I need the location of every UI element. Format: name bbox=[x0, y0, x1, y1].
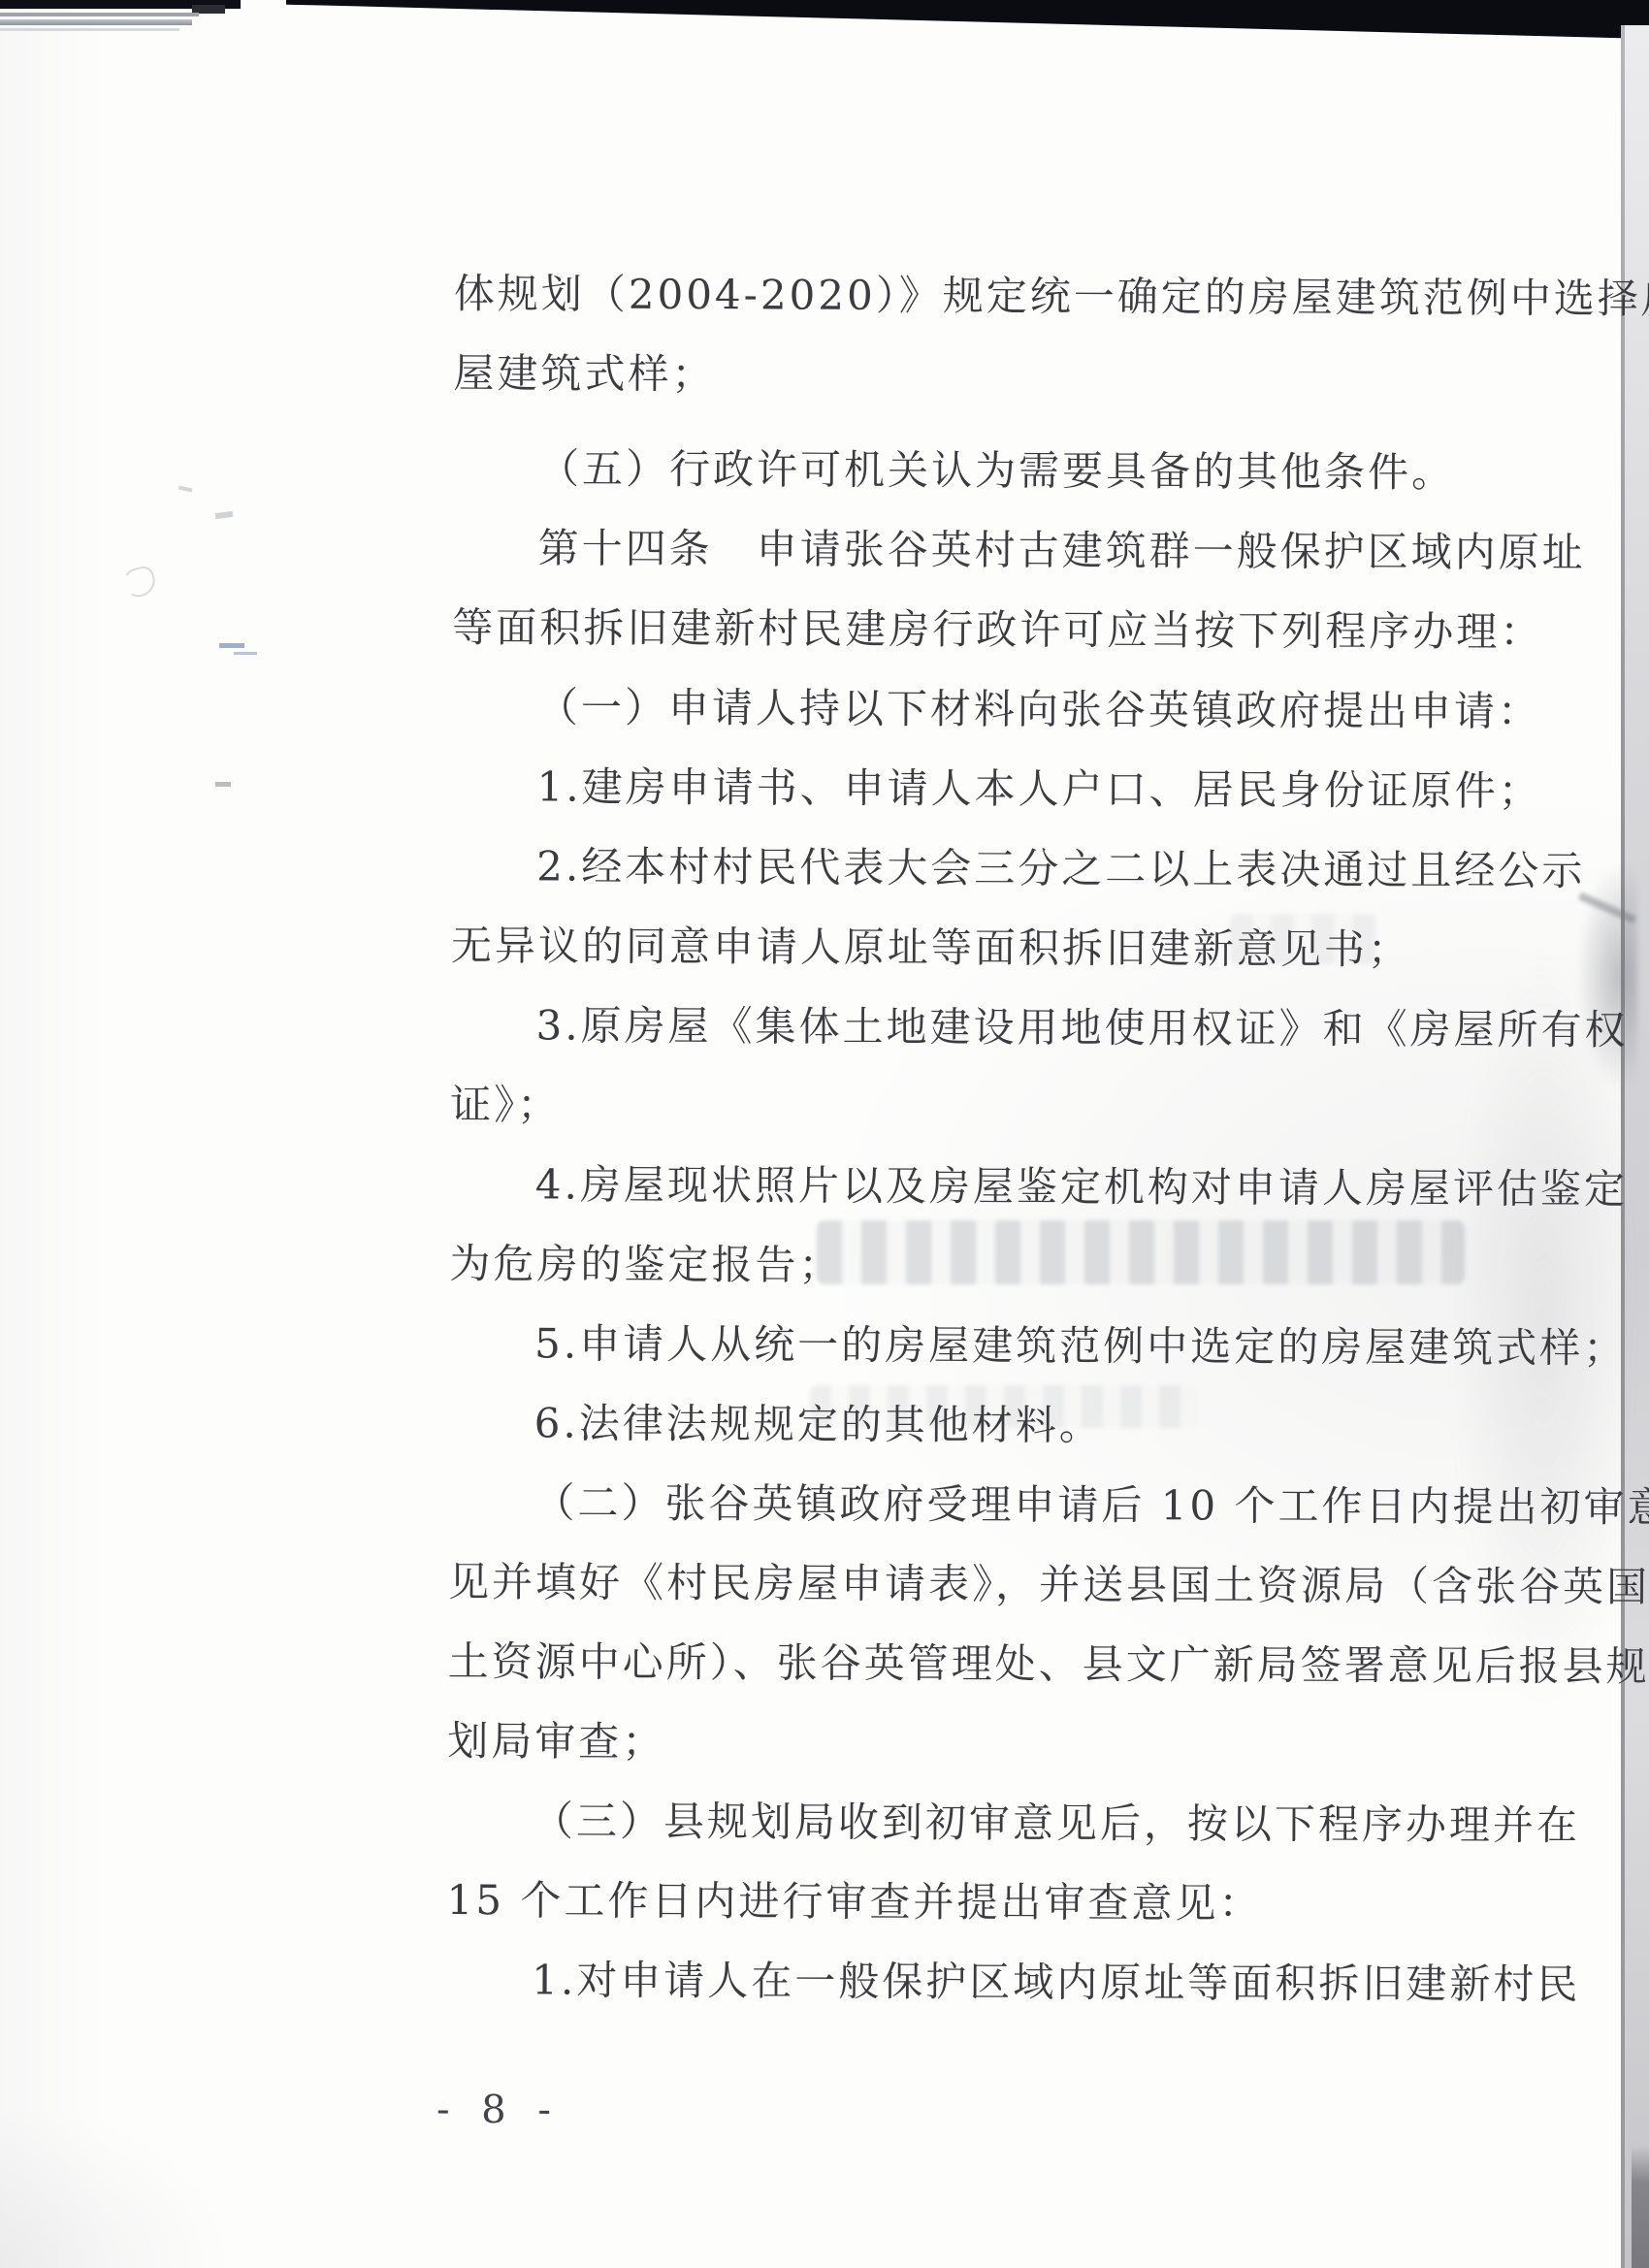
text-line: 屋建筑式样； bbox=[453, 334, 1632, 418]
margin-speck bbox=[215, 511, 234, 519]
text-line: 3.原房屋《集体土地建设用地使用权证》和《房屋所有权 bbox=[450, 986, 1629, 1070]
scan-top-edge-artifact bbox=[286, 0, 1649, 39]
text-line: 证》； bbox=[450, 1065, 1629, 1150]
scan-top-streak-artifact bbox=[0, 28, 179, 31]
text-line: 体规划（2004-2020）》规定统一确定的房屋建筑范例中选择房 bbox=[454, 254, 1633, 339]
text-line: 无异议的同意申请人原址等面积拆旧建新意见书； bbox=[451, 906, 1630, 990]
scan-top-streak-artifact bbox=[0, 19, 192, 25]
text-line: 5.申请人从统一的房屋建筑范例中选定的房屋建筑式样； bbox=[449, 1304, 1628, 1388]
text-line: 划局审查； bbox=[447, 1701, 1626, 1786]
text-line: 等面积拆旧建新村民建房行政许可应当按下列程序办理： bbox=[452, 588, 1631, 672]
text-line: 土资源中心所）、张谷英管理处、县文广新局签署意见后报县规 bbox=[447, 1622, 1626, 1706]
text-line: 为危房的鉴定报告； bbox=[449, 1224, 1628, 1309]
text-line: （五）行政许可机关认为需要具备的其他条件。 bbox=[453, 429, 1632, 513]
text-line: （一）申请人持以下材料向张谷英镇政府提出申请： bbox=[452, 667, 1631, 752]
text-line: （二）张谷英镇政府受理申请后 10 个工作日内提出初审意 bbox=[448, 1463, 1627, 1547]
margin-speck bbox=[178, 486, 193, 493]
text-line: 15 个工作日内进行审查并提出审查意见： bbox=[446, 1861, 1625, 1945]
text-line: 1.建房申请书、申请人本人户口、居民身份证原件； bbox=[451, 747, 1630, 831]
margin-speck bbox=[215, 782, 231, 787]
text-line: （三）县规划局收到初审意见后，按以下程序办理并在 bbox=[447, 1781, 1626, 1865]
text-line: 1.对申请人在一般保护区域内原址等面积拆旧建新村民 bbox=[446, 1940, 1625, 2025]
margin-speck bbox=[121, 564, 159, 599]
scanned-document-page: 体规划（2004-2020）》规定统一确定的房屋建筑范例中选择房 屋建筑式样； … bbox=[0, 0, 1649, 2268]
text-line: 2.经本村村民代表大会三分之二以上表决通过且经公示 bbox=[451, 826, 1630, 911]
document-body-text: 体规划（2004-2020）》规定统一确定的房屋建筑范例中选择房 屋建筑式样； … bbox=[446, 254, 1633, 2025]
margin-speck bbox=[219, 643, 244, 648]
scan-top-streak-artifact bbox=[0, 13, 199, 16]
text-line: 第十四条 申请张谷英村古建筑群一般保护区域内原址 bbox=[452, 508, 1631, 593]
page-corner-shadow bbox=[1632, 2146, 1649, 2268]
text-line: 4.房屋现状照片以及房屋鉴定机构对申请人房屋评估鉴定 bbox=[450, 1145, 1629, 1229]
page-number: - 8 - bbox=[436, 2088, 561, 2132]
text-line: 6.法律法规规定的其他材料。 bbox=[449, 1383, 1628, 1468]
text-line: 见并填好《村民房屋申请表》，并送县国土资源局（含张谷英国 bbox=[448, 1542, 1627, 1627]
